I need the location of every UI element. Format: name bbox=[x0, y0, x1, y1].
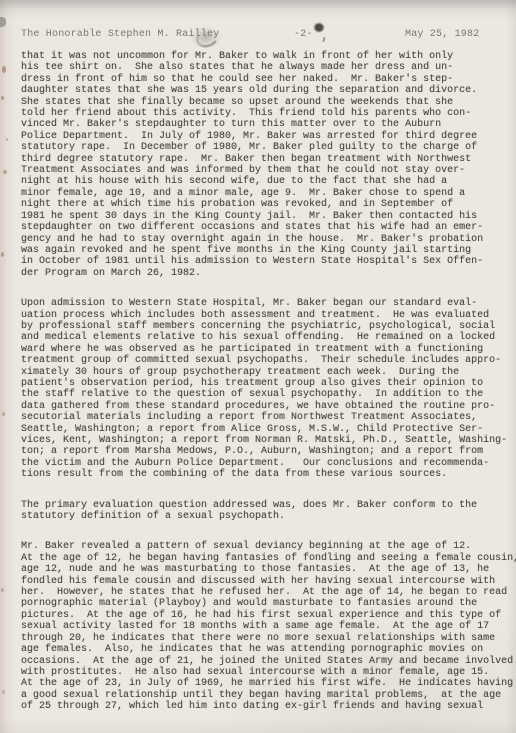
scan-edge-mark bbox=[0, 17, 6, 27]
document-body: that it was not uncommon for Mr. Baker t… bbox=[21, 51, 513, 732]
page-header: The Honorable Stephen M. Railley -2- May… bbox=[0, 29, 516, 43]
paper-speck bbox=[2, 66, 6, 73]
paper-speck bbox=[3, 170, 7, 174]
paper-speck bbox=[2, 412, 5, 416]
paragraph: The primary evaluation question addresse… bbox=[21, 500, 513, 523]
paper-speck bbox=[1, 588, 4, 592]
date-line: May 25, 1982 bbox=[405, 29, 479, 40]
page-number: -2- bbox=[294, 29, 313, 40]
paragraph: Upon admission to Western State Hospital… bbox=[21, 298, 513, 481]
scanned-letter-page: The Honorable Stephen M. Railley -2- May… bbox=[0, 0, 516, 733]
addressee-line: The Honorable Stephen M. Railley bbox=[21, 29, 219, 40]
paragraph: Mr. Baker revealed a pattern of sexual d… bbox=[21, 541, 513, 712]
paper-speck bbox=[2, 690, 5, 694]
paper-speck bbox=[6, 138, 8, 141]
paper-speck bbox=[1, 96, 4, 100]
paper-speck bbox=[1, 252, 4, 257]
paragraph: that it was not uncommon for Mr. Baker t… bbox=[21, 51, 513, 279]
